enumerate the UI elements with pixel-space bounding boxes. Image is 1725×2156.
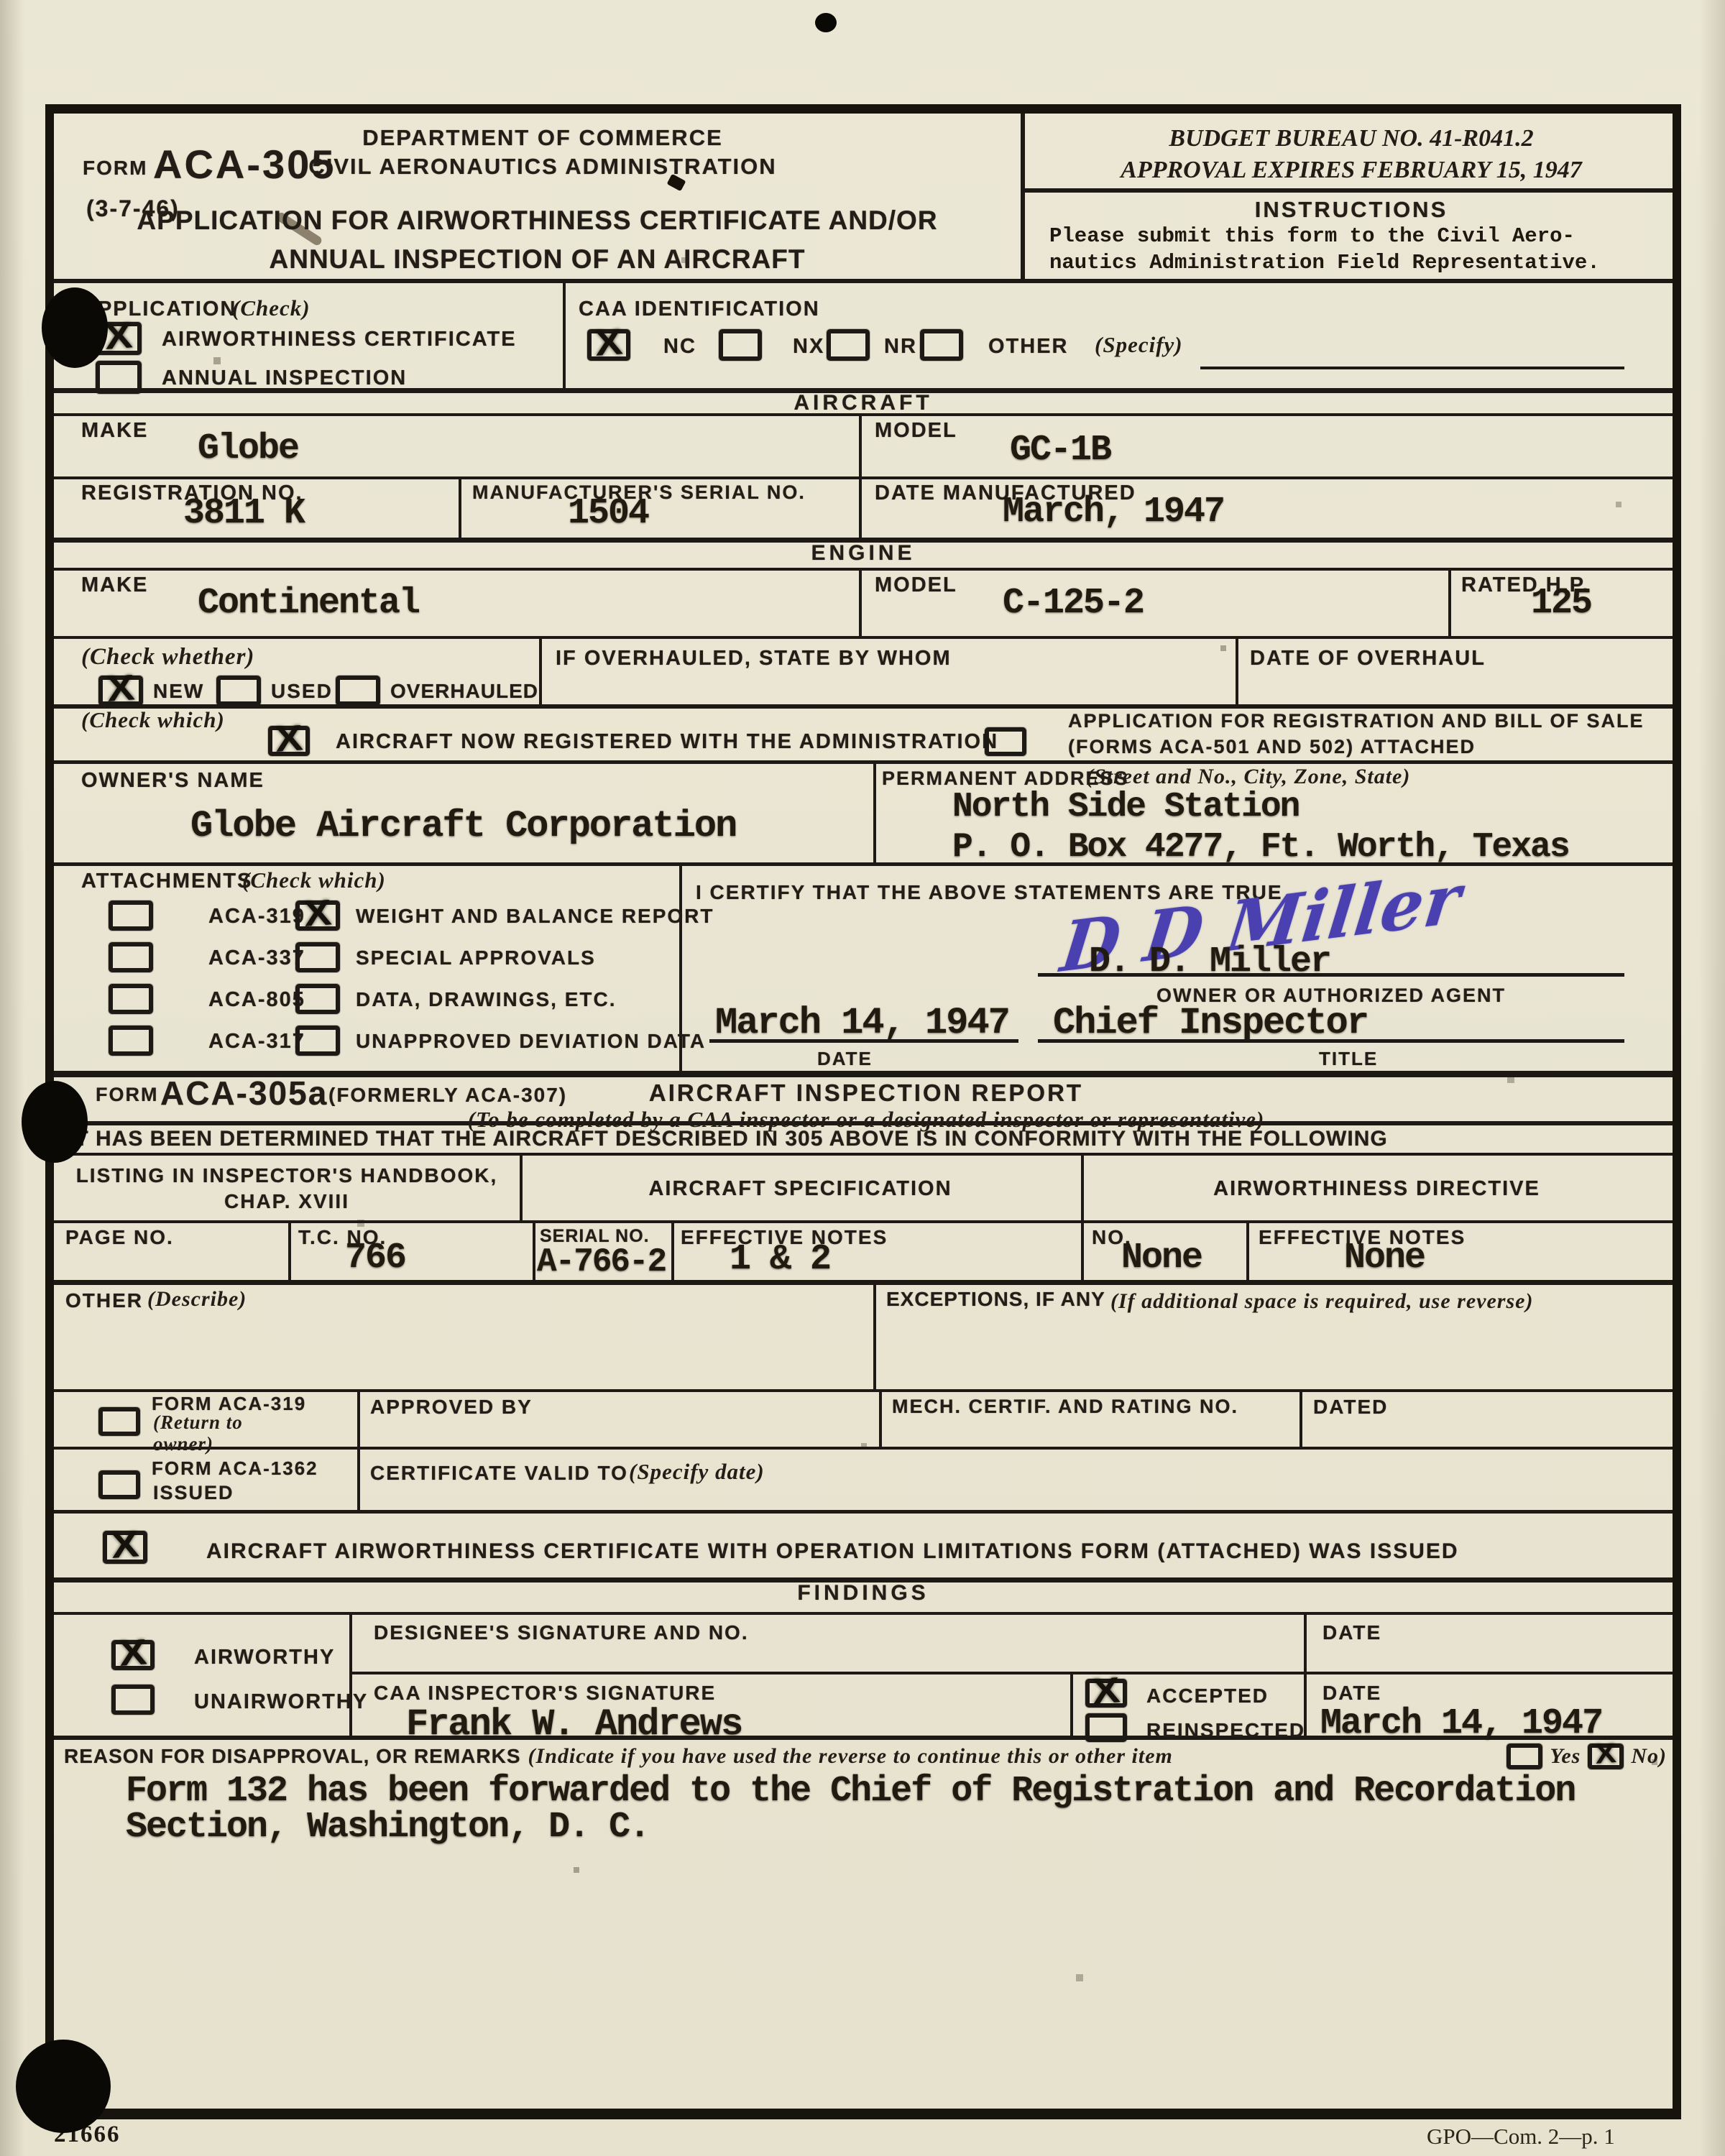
- reinspected-checkbox[interactable]: [1085, 1713, 1127, 1742]
- divider: [54, 1612, 1673, 1615]
- aca-337-label: ACA-337: [208, 946, 305, 970]
- checkbox-mark: X: [106, 666, 136, 710]
- remarks-hint: (Indicate if you have used the reverse t…: [528, 1744, 1173, 1769]
- paper-speckles: [0, 0, 3, 3]
- form-title-line2: ANNUAL INSPECTION OF AN AIRCRAFT: [54, 244, 1021, 275]
- remarks-body-line2: Section, Washington, D. C.: [126, 1807, 649, 1848]
- aca-805-label: ACA-805: [208, 988, 305, 1012]
- other-id-hint: (Specify): [1095, 332, 1183, 358]
- nr-label: NR: [884, 335, 917, 359]
- remarks-yes-label: Yes: [1550, 1744, 1581, 1769]
- engine-make-label: MAKE: [81, 573, 148, 597]
- divider: [349, 1612, 352, 1736]
- nx-checkbox[interactable]: [719, 329, 762, 361]
- serial-no-value: 1504: [568, 493, 648, 534]
- bill-of-sale-line2: (FORMS ACA-501 AND 502) ATTACHED: [1068, 736, 1476, 758]
- divider: [54, 1153, 1673, 1156]
- attachments-hint: (Check which): [242, 867, 386, 893]
- engine-used-label: USED: [271, 680, 333, 703]
- divider: [54, 1510, 1673, 1514]
- approved-by-label: APPROVED BY: [370, 1396, 533, 1419]
- divider: [859, 413, 862, 476]
- form-aca-1362-checkbox[interactable]: [98, 1470, 140, 1499]
- designee-date-label: DATE: [1322, 1621, 1381, 1644]
- divider: [54, 1389, 1673, 1392]
- divider: [1299, 1389, 1302, 1447]
- checkbox-mark: X: [110, 1523, 140, 1567]
- punch-hole: [16, 2040, 111, 2133]
- weight-balance-label: WEIGHT AND BALANCE REPORT: [356, 905, 714, 928]
- findings-date-label: DATE: [1322, 1682, 1381, 1705]
- certification-title-value: Chief Inspector: [1053, 1002, 1368, 1044]
- date-caption: DATE: [817, 1048, 873, 1070]
- divider: [671, 1220, 674, 1280]
- engine-section-title: ENGINE: [54, 541, 1673, 566]
- department-line1: DEPARTMENT OF COMMERCE: [291, 125, 794, 151]
- attachments-label: ATTACHMENTS: [81, 870, 252, 893]
- divider: [873, 1280, 876, 1389]
- ad-no-value: None: [1121, 1238, 1202, 1279]
- divider: [1021, 188, 1673, 193]
- divider: [1246, 1220, 1249, 1280]
- engine-model-label: MODEL: [875, 573, 957, 597]
- form-305a-prefix: FORM: [96, 1084, 158, 1106]
- signature-line: [1038, 973, 1624, 977]
- caa-inspector-signature-value[interactable]: Frank W. Andrews: [406, 1703, 742, 1746]
- owner-name-value: Globe Aircraft Corporation: [190, 805, 736, 847]
- registered-checkbox[interactable]: X: [268, 726, 310, 756]
- other-id-blank-line: [1200, 367, 1624, 369]
- aircraft-section-title: AIRCRAFT: [54, 391, 1673, 415]
- form-aca-1362-issued-label: ISSUED: [153, 1482, 234, 1504]
- nc-checkbox[interactable]: X: [587, 329, 630, 361]
- owner-name-label: OWNER'S NAME: [81, 769, 264, 793]
- remarks-body-line1: Form 132 has been forwarded to the Chief…: [126, 1771, 1575, 1812]
- special-approvals-checkbox[interactable]: [295, 942, 340, 972]
- caa-inspector-signature-label: CAA INSPECTOR'S SIGNATURE: [374, 1682, 716, 1705]
- checkbox-mark: X: [594, 321, 624, 364]
- weight-balance-checkbox[interactable]: X: [295, 900, 340, 931]
- engine-overhauled-checkbox[interactable]: [336, 676, 380, 706]
- punch-hole: [22, 1081, 88, 1163]
- divider: [288, 1220, 291, 1280]
- divider: [349, 1672, 1673, 1674]
- unapproved-deviation-label: UNAPPROVED DEVIATION DATA: [356, 1030, 706, 1053]
- aircraft-make-value: Globe: [198, 428, 298, 469]
- ink-blot: [815, 13, 837, 32]
- checkbox-mark: X: [303, 891, 333, 935]
- ad-notes-value: None: [1344, 1238, 1425, 1279]
- dated-label: DATED: [1313, 1396, 1388, 1419]
- divider: [1021, 114, 1025, 279]
- divider: [879, 1389, 882, 1447]
- mech-certif-label: MECH. CERTIF. AND RATING NO.: [892, 1396, 1238, 1418]
- owner-address-line1: North Side Station: [952, 788, 1299, 826]
- certificate-issued-checkbox[interactable]: X: [103, 1531, 147, 1564]
- aircraft-make-label: MAKE: [81, 419, 148, 443]
- check-which-hint: (Check which): [81, 707, 225, 733]
- form-number-prefix: FORM: [83, 157, 147, 180]
- page-no-label: PAGE NO.: [65, 1226, 174, 1249]
- checkbox-mark: X: [274, 717, 304, 760]
- certificate-issued-label: AIRCRAFT AIRWORTHINESS CERTIFICATE WITH …: [206, 1539, 1459, 1564]
- unairworthy-label: UNAIRWORTHY: [194, 1690, 368, 1714]
- date-line: [709, 1039, 1018, 1043]
- handbook-header-line1: LISTING IN INSPECTOR'S HANDBOOK,: [54, 1164, 520, 1187]
- budget-bureau-line1: BUDGET BUREAU NO. 41-R041.2: [1035, 125, 1667, 152]
- data-drawings-checkbox[interactable]: [295, 984, 340, 1014]
- certification-date-value: March 14, 1947: [715, 1002, 1009, 1044]
- aircraft-model-label: MODEL: [875, 419, 957, 443]
- engine-new-checkbox[interactable]: X: [98, 676, 143, 706]
- engine-new-label: NEW: [153, 680, 204, 703]
- divider: [459, 476, 461, 538]
- engine-make-value: Continental: [198, 583, 419, 624]
- tc-no-value: 766: [345, 1238, 405, 1279]
- owner-address-line2: P. O. Box 4277, Ft. Worth, Texas: [952, 828, 1569, 867]
- aca-319-label: ACA-319: [208, 905, 305, 929]
- airworthy-label: AIRWORTHY: [194, 1646, 335, 1669]
- title-caption: TITLE: [1319, 1048, 1378, 1070]
- aircraft-model-value: GC-1B: [1010, 430, 1110, 471]
- divider: [1304, 1612, 1307, 1736]
- divider: [54, 1220, 1673, 1223]
- overhauled-by-label: IF OVERHAULED, STATE BY WHOM: [556, 647, 952, 671]
- annual-inspection-checkbox[interactable]: [96, 361, 142, 394]
- remarks-yes-checkbox[interactable]: [1506, 1743, 1542, 1769]
- title-line: [1038, 1039, 1624, 1043]
- accepted-checkbox[interactable]: X: [1085, 1679, 1127, 1708]
- certificate-valid-to-hint: (Specify date): [629, 1459, 765, 1485]
- spec-serial-value: A-766-2: [537, 1243, 666, 1281]
- divider: [873, 760, 876, 862]
- remarks-no-checkbox[interactable]: X: [1588, 1743, 1624, 1769]
- accepted-label: ACCEPTED: [1146, 1685, 1269, 1708]
- other-describe-label: OTHER: [65, 1289, 143, 1312]
- budget-bureau-line2: APPROVAL EXPIRES FEBRUARY 15, 1947: [1035, 157, 1667, 184]
- airworthy-checkbox[interactable]: X: [111, 1640, 155, 1670]
- divider: [54, 1280, 1673, 1285]
- other-describe-hint: (Describe): [147, 1287, 247, 1312]
- form-body: FORM ACA-305 (3-7-46) DEPARTMENT OF COMM…: [54, 114, 1673, 2109]
- engine-model-value: C-125-2: [1003, 583, 1144, 624]
- divider: [54, 568, 1673, 571]
- exceptions-label: EXCEPTIONS, IF ANY: [886, 1288, 1105, 1311]
- checkbox-mark: X: [1594, 1738, 1617, 1771]
- other-id-label: OTHER: [988, 335, 1069, 359]
- department-line2: CIVIL AERONAUTICS ADMINISTRATION: [291, 154, 794, 180]
- form-aca-1362-label: FORM ACA-1362: [152, 1457, 318, 1480]
- punch-hole: [42, 287, 108, 368]
- airworthiness-certificate-label: AIRWORTHINESS CERTIFICATE: [162, 328, 517, 351]
- registered-label: AIRCRAFT NOW REGISTERED WITH THE ADMINIS…: [336, 730, 998, 754]
- registration-no-value: 3811 K: [183, 493, 304, 534]
- scanned-form-page: FORM ACA-305 (3-7-46) DEPARTMENT OF COMM…: [0, 0, 1725, 2156]
- aca-317-label: ACA-317: [208, 1030, 305, 1054]
- divider: [563, 279, 566, 388]
- form-aca-319-hint2: owner): [153, 1433, 213, 1455]
- nc-label: NC: [663, 335, 696, 359]
- form-aca-319-hint1: (Return to: [153, 1411, 243, 1434]
- aca-317-checkbox[interactable]: [109, 1026, 153, 1056]
- divider: [54, 760, 1673, 764]
- divider: [54, 1447, 1673, 1450]
- divider: [859, 476, 862, 538]
- divider: [859, 568, 862, 636]
- aca-319-checkbox[interactable]: [109, 900, 153, 931]
- designee-signature-label: DESIGNEE'S SIGNATURE AND NO.: [374, 1621, 749, 1644]
- form-title-line1: APPLICATION FOR AIRWORTHINESS CERTIFICAT…: [54, 206, 1021, 236]
- permanent-address-hint: (Street and No., City, Zone, State): [1086, 765, 1410, 789]
- remarks-no-label: No): [1631, 1744, 1667, 1769]
- handbook-header-line2: CHAP. XVIII: [54, 1190, 520, 1213]
- date-manufactured-value: March, 1947: [1003, 492, 1224, 533]
- remarks-label: REASON FOR DISAPPROVAL, OR REMARKS: [64, 1745, 521, 1768]
- determination-statement: IT HAS BEEN DETERMINED THAT THE AIRCRAFT…: [68, 1127, 1388, 1151]
- form-aca-319-checkbox[interactable]: [98, 1407, 140, 1436]
- engine-used-checkbox[interactable]: [216, 676, 261, 706]
- bill-of-sale-line1: APPLICATION FOR REGISTRATION AND BILL OF…: [1068, 710, 1644, 732]
- special-approvals-label: SPECIAL APPROVALS: [356, 946, 596, 969]
- checkbox-mark: X: [118, 1631, 148, 1674]
- divider: [539, 636, 542, 704]
- aca-805-checkbox[interactable]: [109, 984, 153, 1014]
- divider: [54, 704, 1673, 709]
- caa-identification-label: CAA IDENTIFICATION: [579, 298, 820, 321]
- certificate-valid-to-label: CERTIFICATE VALID TO: [370, 1462, 628, 1485]
- check-whether-hint: (Check whether): [81, 644, 254, 671]
- bill-of-sale-checkbox[interactable]: [985, 727, 1026, 756]
- date-of-overhaul-label: DATE OF OVERHAUL: [1250, 647, 1486, 671]
- aircraft-specification-header: AIRCRAFT SPECIFICATION: [520, 1177, 1081, 1201]
- divider: [1236, 636, 1238, 704]
- data-drawings-label: DATA, DRAWINGS, ETC.: [356, 988, 617, 1011]
- divider: [54, 279, 1673, 283]
- divider: [1070, 1672, 1073, 1736]
- instructions-body: Please submit this form to the Civil Aer…: [1049, 223, 1633, 276]
- rated-hp-value: 125: [1531, 583, 1591, 624]
- inspection-report-title: AIRCRAFT INSPECTION REPORT: [456, 1079, 1276, 1107]
- reinspected-label: REINSPECTED: [1146, 1719, 1305, 1742]
- instructions-title: INSTRUCTIONS: [1035, 197, 1667, 223]
- unairworthy-checkbox[interactable]: [111, 1685, 155, 1715]
- divider: [1081, 1153, 1084, 1280]
- unapproved-deviation-checkbox[interactable]: [295, 1026, 340, 1056]
- engine-overhauled-label: OVERHAULED: [390, 680, 538, 703]
- divider: [1448, 568, 1451, 636]
- divider: [54, 476, 1673, 479]
- airworthiness-directive-header: AIRWORTHINESS DIRECTIVE: [1081, 1177, 1673, 1201]
- findings-section-title: FINDINGS: [54, 1581, 1673, 1606]
- aca-337-checkbox[interactable]: [109, 942, 153, 972]
- annual-inspection-label: ANNUAL INSPECTION: [162, 367, 407, 390]
- footer-gpo: GPO—Com. 2—p. 1: [1427, 2124, 1615, 2150]
- divider: [54, 636, 1673, 639]
- nr-checkbox[interactable]: [827, 329, 870, 361]
- findings-date-value: March 14, 1947: [1320, 1703, 1602, 1744]
- spec-notes-value: 1 & 2: [730, 1239, 830, 1280]
- divider: [357, 1389, 360, 1510]
- application-hint: (Check): [232, 295, 310, 321]
- checkbox-mark: X: [1091, 1669, 1121, 1713]
- remarks-header-row: REASON FOR DISAPPROVAL, OR REMARKS (Indi…: [64, 1743, 1667, 1769]
- exceptions-hint: (If additional space is required, use re…: [1110, 1286, 1664, 1317]
- nx-label: NX: [793, 335, 824, 359]
- divider: [533, 1220, 535, 1280]
- other-id-checkbox[interactable]: [920, 329, 963, 361]
- checkbox-mark: X: [103, 314, 134, 358]
